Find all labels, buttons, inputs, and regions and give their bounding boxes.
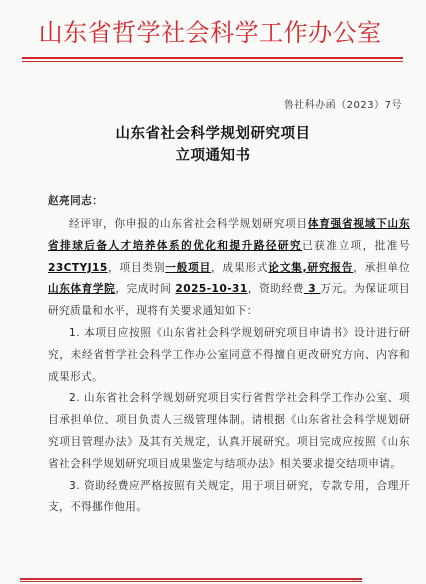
document-title-line1: 山东省社会科学规划研究项目 [0,122,426,143]
funding-amount: 3 [304,283,320,295]
document-body: 经评审，你申报的山东省社会科学规划研究项目体育强省视域下山东省排球后备人才培养体… [48,214,410,519]
letterhead-rule-thick [22,57,403,59]
footer-rule-thin [20,581,362,582]
requirement-item-2: 2. 山东省社会科学规划研究项目实行省哲学社会科学工作办公室、项目承担单位、项目… [48,388,410,475]
deadline: 2025-10-31 [175,283,247,295]
intro-text: ，项目类别 [108,262,166,274]
approval-number: 23CTYJ15 [48,262,108,274]
letterhead-title: 山东省哲学社会科学工作办公室 [22,18,398,48]
salutation: 赵亮同志： [48,191,410,213]
intro-text: 经评审，你申报的山东省社会科学规划研究项目 [69,218,308,230]
intro-text: ，承担单位 [353,262,410,274]
footer-rule-thick [20,578,362,580]
intro-text: ，完成时间 [115,283,175,295]
letterhead-rule-thin [22,61,403,62]
host-unit: 山东体育学院 [48,283,115,295]
project-category: 一般项目 [165,262,211,274]
intro-text: 已获准立项，批准号 [302,240,410,252]
intro-paragraph: 经评审，你申报的山东省社会科学规划研究项目体育强省视域下山东省排球后备人才培养体… [48,214,410,323]
requirement-item-3: 3. 资助经费应严格按照有关规定，用于项目研究，专款专用，合理开支，不得挪作他用… [48,476,410,520]
document-number: 鲁社科办函（2023）7号 [284,96,402,111]
document-title-line2: 立项通知书 [0,144,426,165]
requirement-item-1: 1. 本项目应按照《山东省社会科学规划研究项目申请书》设计进行研究，未经省哲学社… [48,323,410,388]
result-form: 论文集,研究报告 [268,262,353,274]
document-page: 山东省哲学社会科学工作办公室 鲁社科办函（2023）7号 山东省社会科学规划研究… [0,0,426,584]
intro-text: ，成果形式 [211,262,268,274]
intro-text: ，资助经费 [248,283,304,295]
